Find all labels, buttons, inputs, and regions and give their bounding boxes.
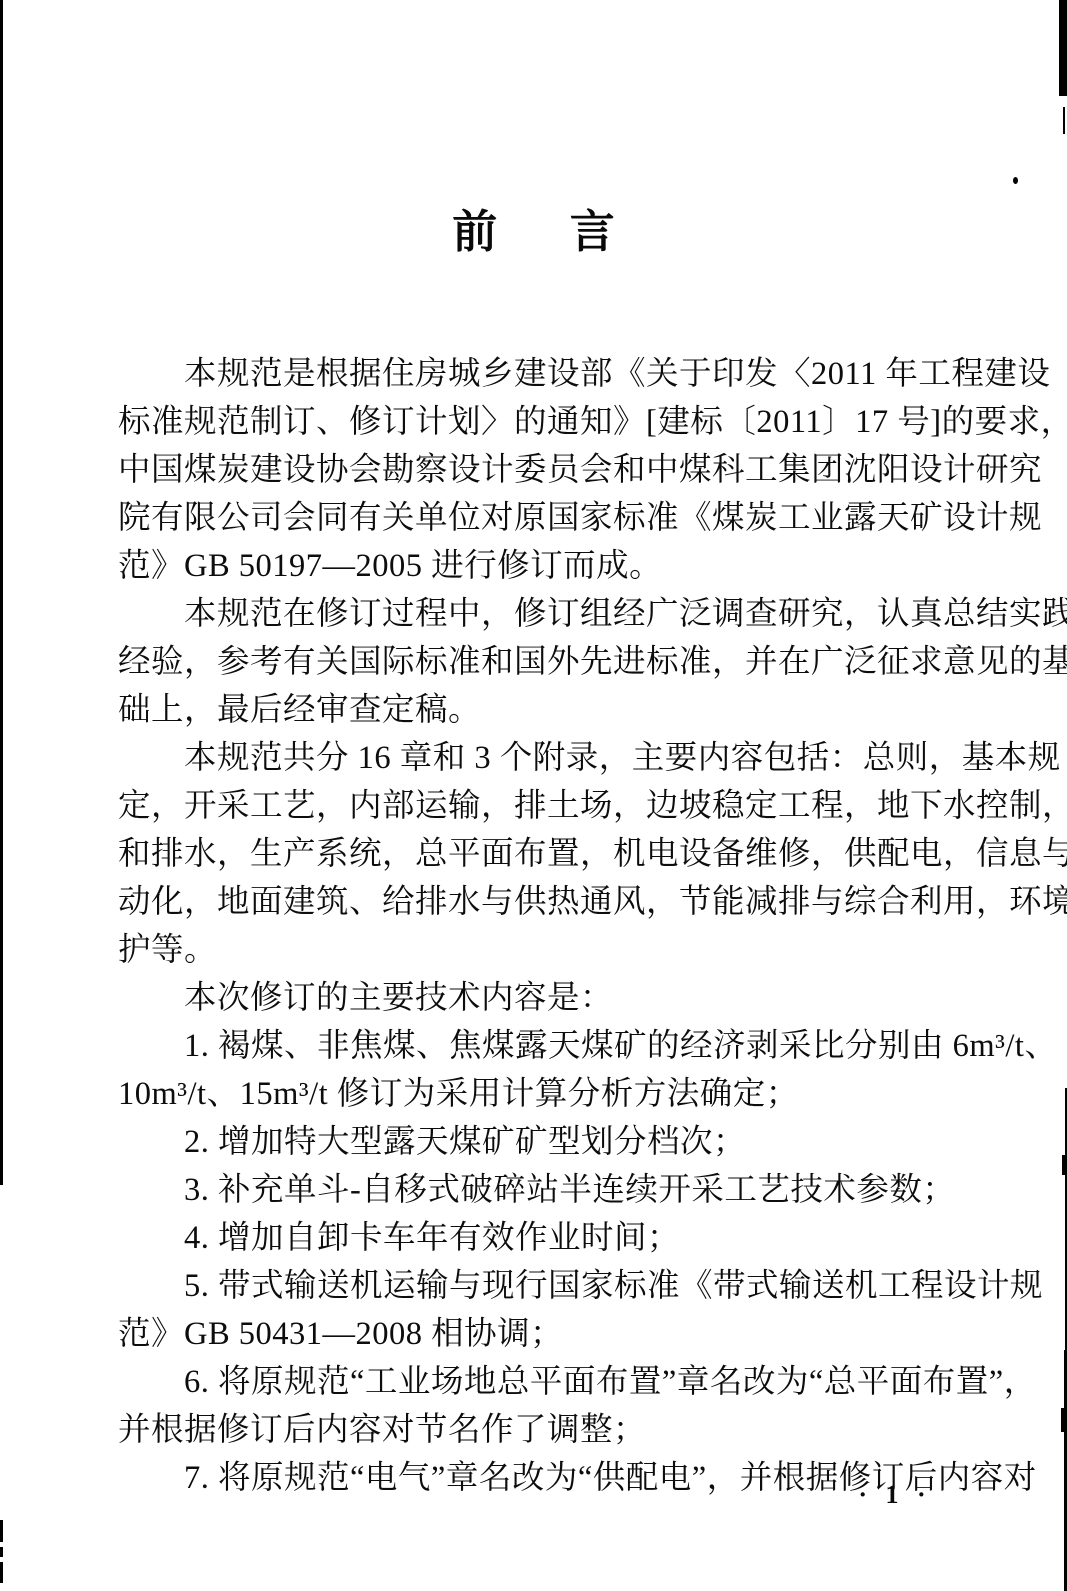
text-line: 1. 褐煤、非焦煤、焦煤露天煤矿的经济剥采比分别由 6m³/t、 [118,1022,958,1070]
page-title: 前 言 [0,206,1067,258]
document-body: 本规范是根据住房城乡建设部《关于印发〈2011 年工程建设 标准规范制订、修订计… [118,350,958,1502]
text-line: 本规范在修订过程中，修订组经广泛调查研究，认真总结实践 [118,590,958,638]
scan-artifact-ink-dot [1013,177,1018,184]
text-line: 4. 增加自卸卡车年有效作业时间； [118,1214,958,1262]
text-line: 中国煤炭建设协会勘察设计委员会和中煤科工集团沈阳设计研究 [118,446,958,494]
text-line: 动化，地面建筑、给排水与供热通风，节能减排与综合利用，环境保 [118,878,958,926]
text-line: 并根据修订后内容对节名作了调整； [118,1406,958,1454]
text-line: 2. 增加特大型露天煤矿矿型划分档次； [118,1118,958,1166]
text-line: 5. 带式输送机运输与现行国家标准《带式输送机工程设计规 [118,1262,958,1310]
text-line: 10m³/t、15m³/t 修订为采用计算分析方法确定； [118,1070,958,1118]
text-line: 院有限公司会同有关单位对原国家标准《煤炭工业露天矿设计规 [118,494,958,542]
scan-artifact-left-dash [0,1562,3,1583]
text-line: 本规范是根据住房城乡建设部《关于印发〈2011 年工程建设 [118,350,958,398]
text-line: 定，开采工艺，内部运输，排土场，边坡稳定工程，地下水控制，防水 [118,782,958,830]
text-line: 3. 补充单斗-自移式破碎站半连续开采工艺技术参数； [118,1166,958,1214]
text-line: 6. 将原规范“工业场地总平面布置”章名改为“总平面布置”， [118,1358,958,1406]
text-line: 护等。 [118,926,958,974]
scan-artifact-right-edge-line [1063,107,1065,134]
scan-artifact-left-dash [0,1520,3,1542]
scan-artifact-left-dash [0,1547,3,1557]
text-line: 本规范共分 16 章和 3 个附录，主要内容包括：总则，基本规 [118,734,958,782]
text-line: 础上，最后经审查定稿。 [118,686,958,734]
scan-artifact-ink-blob [1061,1408,1067,1432]
scanned-document-page: 前 言 本规范是根据住房城乡建设部《关于印发〈2011 年工程建设 标准规范制订… [0,0,1067,1591]
text-line: 7. 将原规范“电气”章名改为“供配电”，并根据修订后内容对 [118,1454,958,1502]
text-line: 范》GB 50197—2005 进行修订而成。 [118,542,958,590]
text-line: 和排水，生产系统，总平面布置，机电设备维修，供配电，信息与自 [118,830,958,878]
scan-artifact-ink-blob [1062,1155,1067,1175]
text-line: 经验，参考有关国际标准和国外先进标准，并在广泛征求意见的基 [118,638,958,686]
page-number: · 1 · [840,1480,950,1510]
scan-artifact-right-edge-bar [1059,0,1067,96]
scan-artifact-left-edge-bar [0,0,3,1185]
text-line: 范》GB 50431—2008 相协调； [118,1310,958,1358]
text-line: 本次修订的主要技术内容是： [118,974,958,1022]
text-line: 标准规范制订、修订计划〉的通知》[建标〔2011〕17 号]的要求，由 [118,398,958,446]
